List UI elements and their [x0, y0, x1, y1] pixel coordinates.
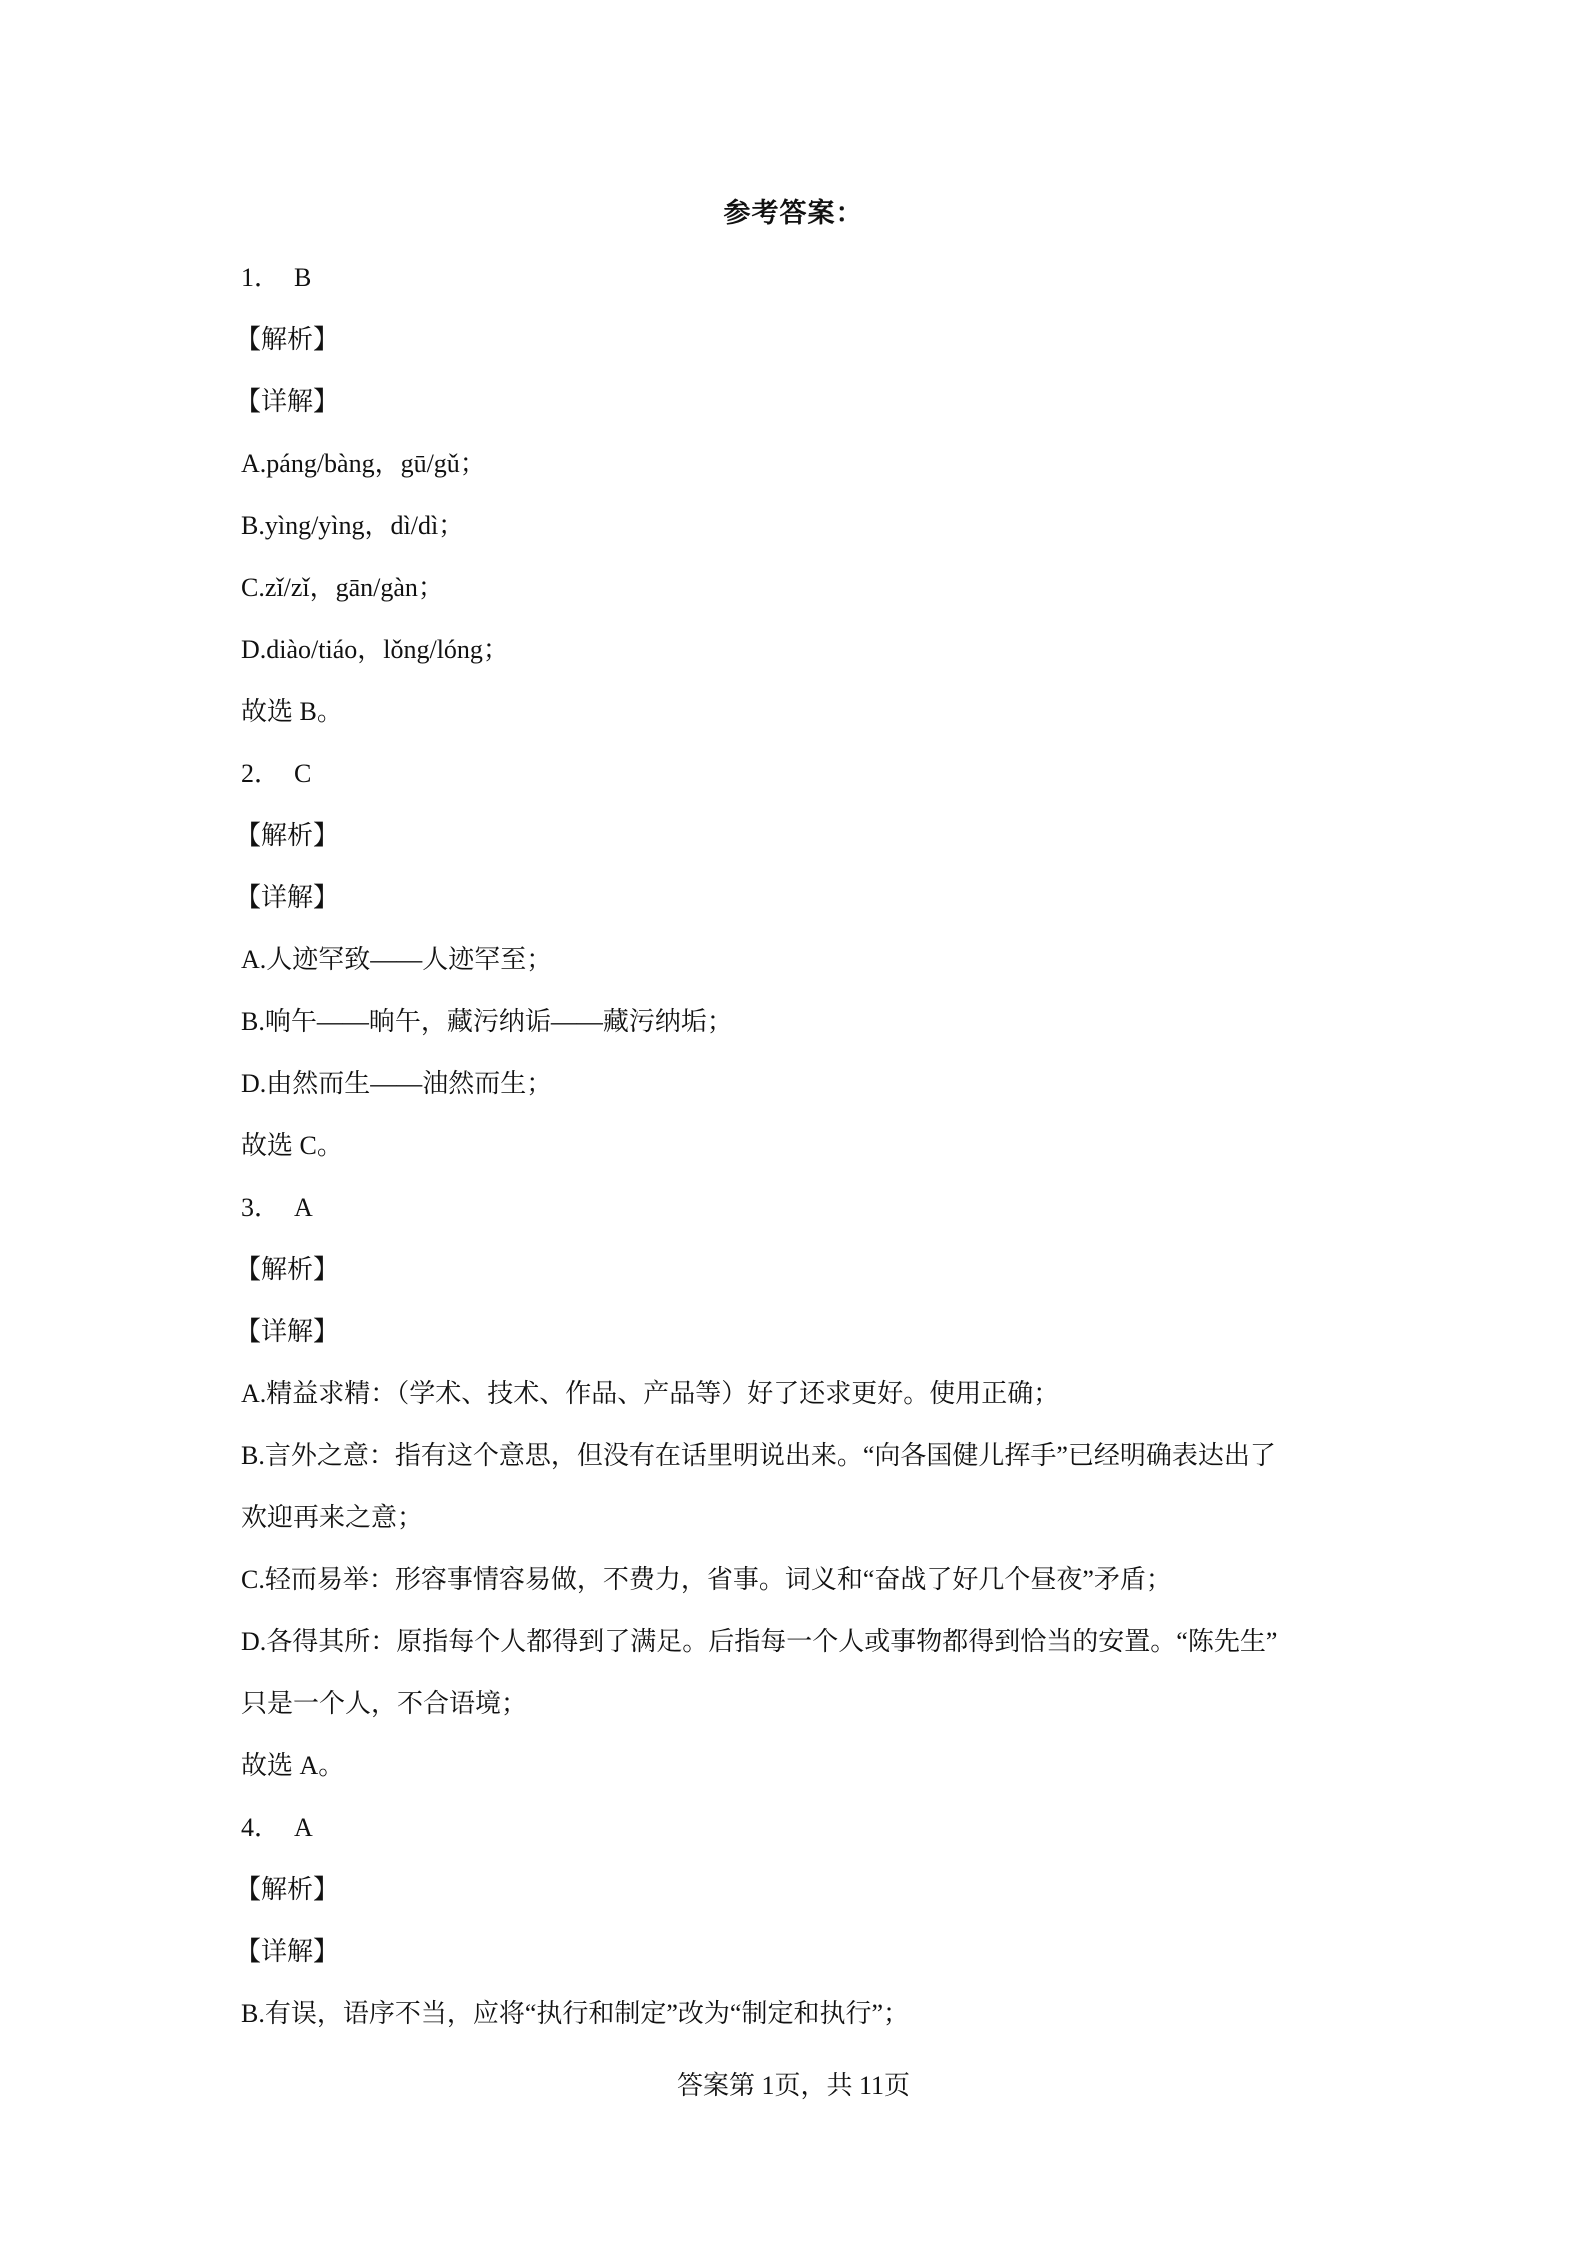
- detail-label: 【详解】: [235, 1921, 1361, 1983]
- page-title: 参考答案：: [0, 193, 1587, 233]
- document-page: 参考答案： 1．B 【解析】 【详解】 A.páng/bàng，gū/gǔ； B…: [0, 0, 1587, 2245]
- question-number: 1．: [241, 247, 280, 309]
- detail-line: C.zǐ/zǐ，gān/gàn；: [241, 557, 1361, 619]
- detail-line: B.响午——晌午，藏污纳诟——藏污纳垢；: [241, 991, 1361, 1053]
- analysis-label: 【解析】: [235, 1239, 1361, 1301]
- question-number: 2．: [241, 743, 280, 805]
- question-header: 2．C: [241, 743, 1361, 805]
- question-1: 1．B 【解析】 【详解】 A.páng/bàng，gū/gǔ； B.yìng/…: [241, 247, 1361, 743]
- detail-line: C.轻而易举：形容事情容易做，不费力，省事。词义和“奋战了好几个昼夜”矛盾；: [241, 1549, 1361, 1611]
- detail-line: D.由然而生——油然而生；: [241, 1053, 1361, 1115]
- conclusion-line: 故选 B。: [241, 681, 1361, 743]
- detail-label: 【详解】: [235, 1301, 1361, 1363]
- detail-line: B.yìng/yìng，dì/dì；: [241, 495, 1361, 557]
- detail-line: A.人迹罕致——人迹罕至；: [241, 929, 1361, 991]
- detail-line: B.有误，语序不当，应将“执行和制定”改为“制定和执行”；: [241, 1983, 1361, 2045]
- analysis-label: 【解析】: [235, 1859, 1361, 1921]
- question-number: 3．: [241, 1177, 280, 1239]
- question-header: 1．B: [241, 247, 1361, 309]
- detail-line: 欢迎再来之意；: [241, 1487, 1361, 1549]
- question-answer: A: [294, 1797, 313, 1859]
- analysis-label: 【解析】: [235, 309, 1361, 371]
- question-number: 4．: [241, 1797, 280, 1859]
- detail-label: 【详解】: [235, 371, 1361, 433]
- detail-line: A.精益求精：（学术、技术、作品、产品等）好了还求更好。使用正确；: [241, 1363, 1361, 1425]
- detail-line: B.言外之意：指有这个意思，但没有在话里明说出来。“向各国健儿挥手”已经明确表达…: [241, 1425, 1361, 1487]
- detail-line: A.páng/bàng，gū/gǔ；: [241, 433, 1361, 495]
- question-2: 2．C 【解析】 【详解】 A.人迹罕致——人迹罕至； B.响午——晌午，藏污纳…: [241, 743, 1361, 1177]
- question-4: 4．A 【解析】 【详解】 B.有误，语序不当，应将“执行和制定”改为“制定和执…: [241, 1797, 1361, 2045]
- question-header: 4．A: [241, 1797, 1361, 1859]
- analysis-label: 【解析】: [235, 805, 1361, 867]
- conclusion-line: 故选 C。: [241, 1115, 1361, 1177]
- question-answer: C: [294, 743, 311, 805]
- detail-line: D.各得其所：原指每个人都得到了满足。后指每一个人或事物都得到恰当的安置。“陈先…: [241, 1611, 1361, 1673]
- question-3: 3．A 【解析】 【详解】 A.精益求精：（学术、技术、作品、产品等）好了还求更…: [241, 1177, 1361, 1797]
- question-answer: A: [294, 1177, 313, 1239]
- answer-list: 1．B 【解析】 【详解】 A.páng/bàng，gū/gǔ； B.yìng/…: [241, 247, 1361, 2045]
- question-header: 3．A: [241, 1177, 1361, 1239]
- page-footer: 答案第 1页，共 11页: [0, 2066, 1587, 2106]
- conclusion-line: 故选 A。: [241, 1735, 1361, 1797]
- detail-line: D.diào/tiáo，lǒng/lóng；: [241, 619, 1361, 681]
- detail-line: 只是一个人，不合语境；: [241, 1673, 1361, 1735]
- detail-label: 【详解】: [235, 867, 1361, 929]
- question-answer: B: [294, 247, 311, 309]
